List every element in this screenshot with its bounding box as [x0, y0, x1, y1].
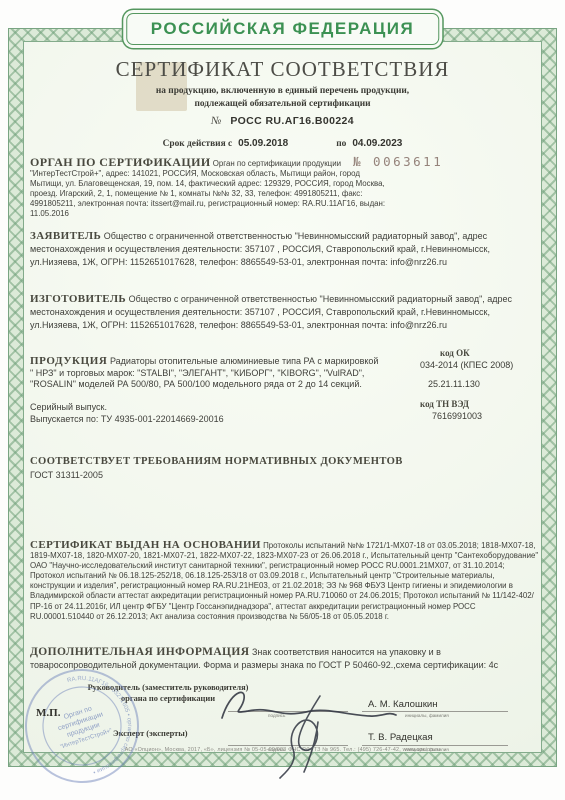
validity-from-date: 05.09.2018 [238, 138, 288, 149]
certificate-number: РОСС RU.АГ16.В00224 [230, 115, 354, 127]
certificate-title: СЕРТИФИКАТ СООТВЕТСТВИЯ [0, 57, 565, 82]
section-conforms: СООТВЕТСТВУЕТ ТРЕБОВАНИЯМ НОРМАТИВНЫХ ДО… [30, 456, 538, 480]
certificate-subtitle-line2: подлежащей обязательной сертификации [0, 99, 565, 109]
section-manufacturer: ИЗГОТОВИТЕЛЬ Общество с ограниченной отв… [30, 293, 538, 332]
validity-from-label: Срок действия с [163, 139, 233, 149]
kod-ok-value: 034-2014 (КПЕС 2008) [420, 360, 555, 370]
kod-ok-label: код ОК [440, 348, 555, 358]
number-sign: № [211, 115, 221, 127]
stamp-place-label: М.П. [36, 707, 60, 719]
kod-tn-ved-value: 7616991003 [432, 411, 555, 421]
issued-text: Протоколы испытаний №№ 1721/1-МХ07-18 от… [30, 541, 538, 621]
certification-body-heading: ОРГАН ПО СЕРТИФИКАЦИИ [30, 155, 211, 169]
validity-to-label: по [336, 139, 346, 149]
conforms-standard: ГОСТ 31311-2005 [30, 470, 538, 480]
product-heading: ПРОДУКЦИЯ [30, 355, 107, 367]
expert-signature-ink [258, 692, 353, 780]
issued-heading: СЕРТИФИКАТ ВЫДАН НА ОСНОВАНИИ [30, 539, 261, 551]
expert-name: Т. В. Радецкая [368, 732, 433, 743]
manufacturer-heading: ИЗГОТОВИТЕЛЬ [30, 293, 126, 305]
applicant-heading: ЗАЯВИТЕЛЬ [30, 230, 101, 242]
product-codes-column: код ОК 034-2014 (КПЕС 2008) 25.21.11.130… [420, 348, 555, 421]
section-issued-on-basis: СЕРТИФИКАТ ВЫДАН НА ОСНОВАНИИ Протоколы … [30, 540, 541, 622]
product-tu-line: Выпускается по: ТУ 4935-001-22014669-200… [30, 414, 224, 424]
validity-to-date: 04.09.2023 [352, 138, 402, 149]
head-name-caption: инициалы, фамилия [405, 713, 449, 718]
federation-banner: РОССИЙСКАЯ ФЕДЕРАЦИЯ [126, 13, 439, 45]
certificate-page: РОССИЙСКАЯ ФЕДЕРАЦИЯ СЕРТИФИКАТ СООТВЕТС… [0, 0, 565, 800]
product-serial-line: Серийный выпуск. [30, 402, 107, 412]
additional-info-heading: ДОПОЛНИТЕЛЬНАЯ ИНФОРМАЦИЯ [30, 646, 249, 658]
conforms-heading: СООТВЕТСТВУЕТ ТРЕБОВАНИЯМ НОРМАТИВНЫХ ДО… [30, 456, 538, 467]
expert-name-line [362, 745, 508, 746]
certificate-subtitle-line1: на продукцию, включенную в единый перече… [0, 86, 565, 96]
certificate-number-row: № РОСС RU.АГ16.В00224 [0, 115, 565, 127]
section-applicant: ЗАЯВИТЕЛЬ Общество с ограниченной ответс… [30, 230, 538, 269]
validity-row: Срок действия с 05.09.2018 по 04.09.2023 [0, 138, 565, 149]
section-product: ПРОДУКЦИЯ Радиаторы отопительные алюмини… [30, 356, 384, 391]
kod-ok-value2: 25.21.11.130 [428, 379, 555, 389]
kod-tn-ved-label: код ТН ВЭД [420, 399, 555, 409]
section-certification-body: ОРГАН ПО СЕРТИФИКАЦИИ Орган по сертифика… [30, 158, 388, 218]
